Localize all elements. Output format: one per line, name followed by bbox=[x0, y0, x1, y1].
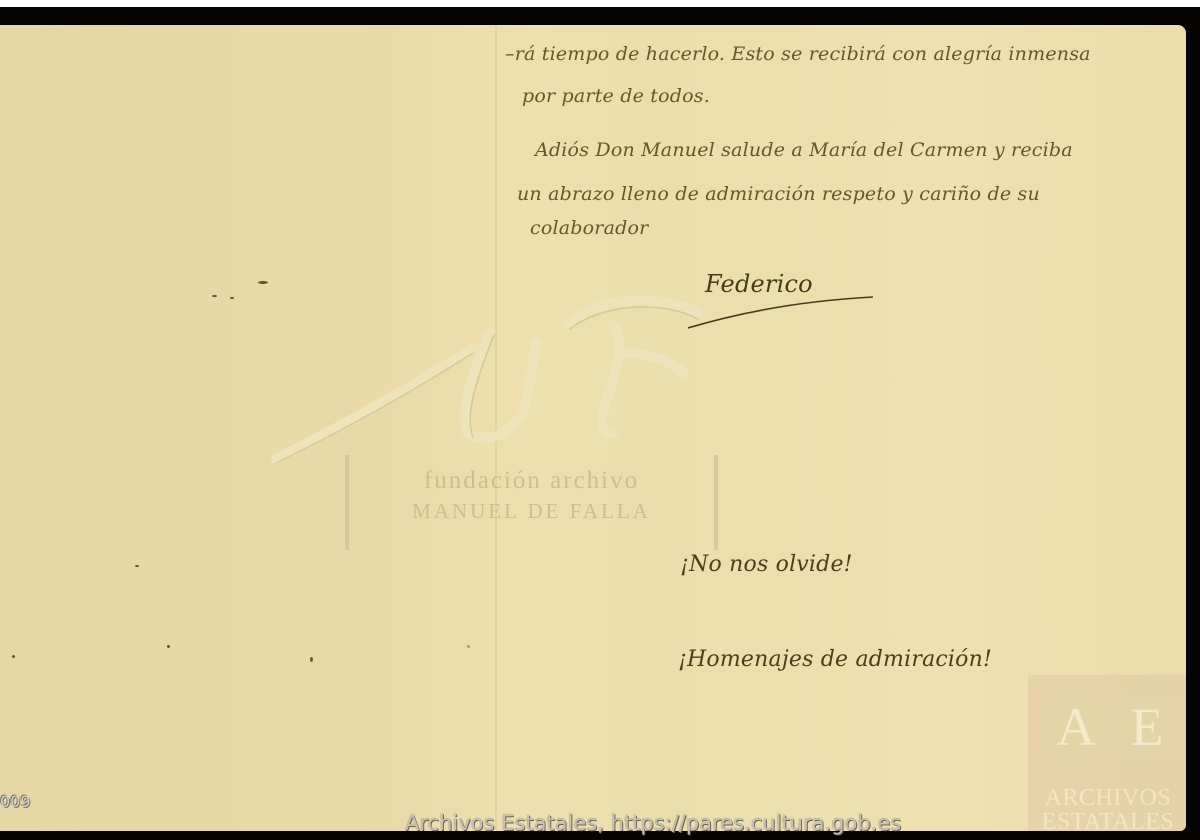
postscript-line: ¡No nos olvide! bbox=[680, 552, 853, 577]
letter-line: –rá tiempo de hacerlo. Esto se recibirá … bbox=[505, 43, 1091, 65]
postscript-line: ¡Homenajes de admiración! bbox=[678, 647, 992, 672]
ink-speck bbox=[167, 645, 170, 648]
ink-speck bbox=[12, 655, 15, 658]
letter-line: Adiós Don Manuel salude a María del Carm… bbox=[535, 139, 1073, 161]
ink-speck bbox=[467, 645, 470, 648]
embossed-mf-monogram-icon bbox=[268, 263, 708, 463]
foundation-line1: fundación archivo bbox=[349, 467, 714, 495]
letter-line: colaborador bbox=[530, 217, 648, 239]
footer-watermark-url: Archivos Estatales, https://pares.cultur… bbox=[405, 811, 901, 835]
ink-speck bbox=[258, 281, 268, 284]
ae-text-line2: ESTATALES bbox=[1028, 809, 1186, 831]
ae-letter-e: E bbox=[1114, 693, 1180, 761]
ink-speck bbox=[212, 295, 217, 297]
ae-text-line1: ARCHIVOS bbox=[1028, 785, 1186, 812]
page-number-fragment: 009 bbox=[0, 792, 31, 811]
letter-line: un abrazo lleno de admiración respeto y … bbox=[517, 183, 1040, 205]
signature-underline bbox=[688, 293, 873, 333]
foundation-watermark: fundación archivo MANUEL DE FALLA bbox=[345, 455, 718, 550]
letter-page: –rá tiempo de hacerlo. Esto se recibirá … bbox=[0, 25, 1186, 831]
ae-letter-a: A bbox=[1043, 693, 1109, 761]
ink-speck bbox=[135, 565, 139, 567]
ink-speck bbox=[310, 657, 313, 662]
archivos-estatales-logo: A E ARCHIVOS ESTATALES bbox=[1028, 675, 1186, 831]
letter-line: por parte de todos. bbox=[522, 85, 710, 107]
ink-speck bbox=[230, 297, 234, 299]
foundation-line2: MANUEL DE FALLA bbox=[349, 499, 714, 524]
